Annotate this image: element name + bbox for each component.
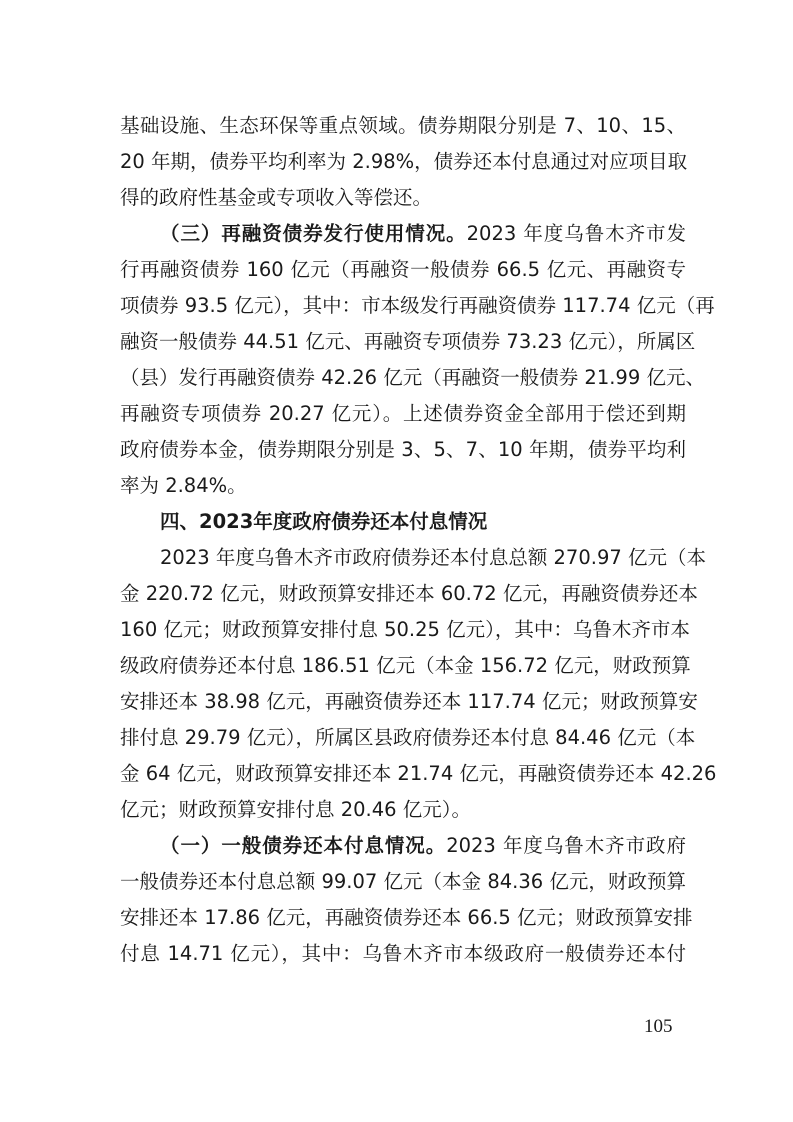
body-line: 安排还本 17.86 亿元，再融资债券还本 66.5 亿元；财政预算安排 bbox=[120, 900, 686, 936]
body-line: 金 220.72 亿元，财政预算安排还本 60.72 亿元，再融资债券还本 bbox=[120, 576, 686, 612]
body-line: 付息 14.71 亿元），其中：乌鲁木齐市本级政府一般债券还本付 bbox=[120, 936, 686, 972]
page-number: 105 bbox=[644, 1016, 673, 1038]
body-line: 金 64 亿元，财政预算安排还本 21.74 亿元，再融资债券还本 42.26 bbox=[120, 756, 686, 792]
body-line: 160 亿元；财政预算安排付息 50.25 亿元），其中：乌鲁木齐市本 bbox=[120, 612, 686, 648]
subheading-text: 2023 年度乌鲁木齐市发 bbox=[467, 222, 686, 245]
body-line: 2023 年度乌鲁木齐市政府债券还本付息总额 270.97 亿元（本 bbox=[120, 540, 686, 576]
document-page: 基础设施、生态环保等重点领域。债券期限分别是 7、10、15、 20 年期，债券… bbox=[120, 108, 686, 972]
body-line: 得的政府性基金或专项收入等偿还。 bbox=[120, 180, 686, 216]
subheading-refinancing-bonds: （三）再融资债券发行使用情况。2023 年度乌鲁木齐市发 bbox=[120, 216, 686, 252]
subheading-text: 2023 年度乌鲁木齐市政府 bbox=[446, 834, 686, 857]
body-line: 20 年期，债券平均利率为 2.98%，债券还本付息通过对应项目取 bbox=[120, 144, 686, 180]
body-line: （县）发行再融资债券 42.26 亿元（再融资一般债券 21.99 亿元、 bbox=[120, 360, 686, 396]
body-line: 基础设施、生态环保等重点领域。债券期限分别是 7、10、15、 bbox=[120, 108, 686, 144]
body-line: 安排还本 38.98 亿元，再融资债券还本 117.74 亿元；财政预算安 bbox=[120, 684, 686, 720]
body-line: 政府债券本金，债券期限分别是 3、5、7、10 年期，债券平均利 bbox=[120, 432, 686, 468]
body-line: 行再融资债券 160 亿元（再融资一般债券 66.5 亿元、再融资专 bbox=[120, 252, 686, 288]
body-line: 融资一般债券 44.51 亿元、再融资专项债券 73.23 亿元），所属区 bbox=[120, 324, 686, 360]
body-line: 再融资专项债券 20.27 亿元）。上述债券资金全部用于偿还到期 bbox=[120, 396, 686, 432]
body-line: 率为 2.84%。 bbox=[120, 468, 686, 504]
body-line: 级政府债券还本付息 186.51 亿元（本金 156.72 亿元，财政预算 bbox=[120, 648, 686, 684]
body-line: 排付息 29.79 亿元），所属区县政府债券还本付息 84.46 亿元（本 bbox=[120, 720, 686, 756]
subheading-title: （一）一般债券还本付息情况。 bbox=[160, 834, 446, 857]
body-line: 一般债券还本付息总额 99.07 亿元（本金 84.36 亿元，财政预算 bbox=[120, 864, 686, 900]
subheading-title: （三）再融资债券发行使用情况。 bbox=[160, 222, 467, 245]
body-line: 亿元；财政预算安排付息 20.46 亿元）。 bbox=[120, 792, 686, 828]
section-heading: 四、2023年度政府债券还本付息情况 bbox=[120, 504, 686, 540]
body-line: 项债券 93.5 亿元），其中：市本级发行再融资债券 117.74 亿元（再 bbox=[120, 288, 686, 324]
subheading-general-bonds: （一）一般债券还本付息情况。2023 年度乌鲁木齐市政府 bbox=[120, 828, 686, 864]
